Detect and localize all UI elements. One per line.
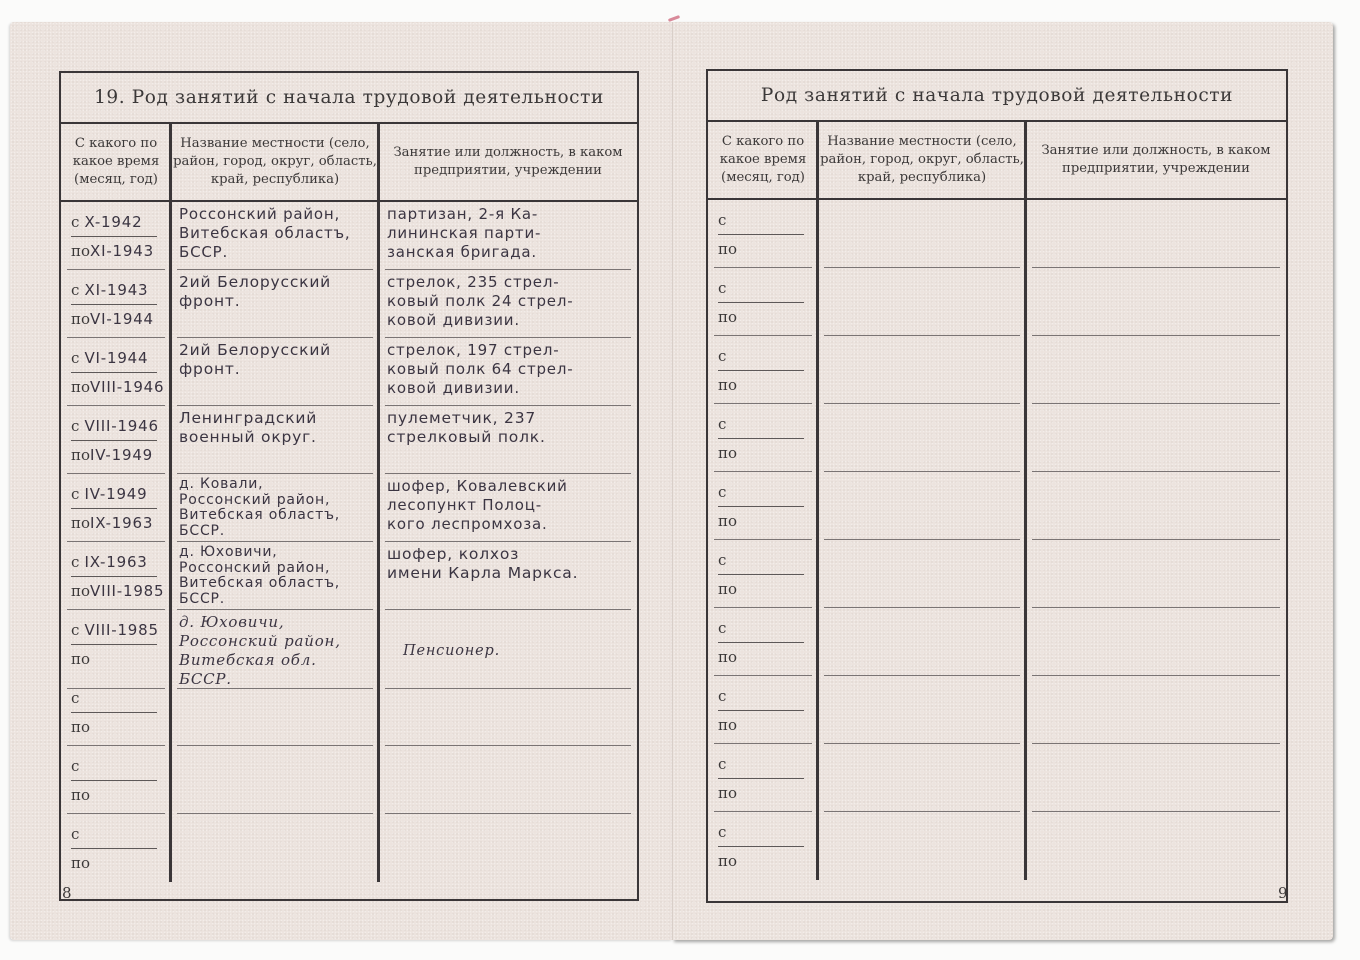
from-value: XI-1943 [85, 281, 149, 299]
from-value: VIII-1946 [85, 417, 159, 435]
period-cell: с по [61, 814, 171, 882]
period-from: с [71, 752, 157, 781]
period-from: с [718, 342, 804, 371]
to-value: VI-1944 [90, 310, 154, 328]
table-row: с IX-1963поVIII-1985д. Юховичи, Россонск… [61, 542, 637, 610]
period-cell: с по [708, 268, 818, 336]
to-value: VIII-1946 [90, 378, 164, 396]
period-to: поVIII-1985 [71, 577, 163, 605]
occupation-cell [1026, 268, 1286, 336]
from-label: с [718, 347, 726, 365]
from-label: с [718, 823, 726, 841]
table-row: с VIII-1985под. Юховичи, Россонский райо… [61, 610, 637, 678]
table-body: с X-1942поXI-1943Россонский район, Витеб… [61, 202, 637, 882]
header-occupation: Занятие или должность, в каком предприят… [379, 124, 637, 202]
period-from: с VIII-1985 [71, 616, 157, 645]
period-cell: с VI-1944поVIII-1946 [61, 338, 171, 406]
to-label: по [71, 786, 90, 804]
location-cell [818, 608, 1026, 676]
table-row: с по [708, 404, 1286, 472]
period-cell: с по [708, 676, 818, 744]
occupation-cell: шофер, колхоз имени Карла Маркса. [379, 542, 637, 610]
right-page: Род занятий с начала трудовой деятельнос… [672, 22, 1333, 940]
to-label: по [71, 854, 90, 872]
location-cell [818, 540, 1026, 608]
to-label: по [718, 444, 737, 462]
occupation-value: шофер, колхоз имени Карла Маркса. [387, 545, 631, 583]
from-label: с [71, 213, 79, 231]
period-cell: с по [708, 336, 818, 404]
table-row: с X-1942поXI-1943Россонский район, Витеб… [61, 202, 637, 270]
from-label: с [718, 415, 726, 433]
from-label: с [71, 349, 79, 367]
from-label: с [71, 281, 79, 299]
location-cell [818, 268, 1026, 336]
to-label: по [718, 512, 737, 530]
table-row: с VIII-1946поIV-1949Ленинградский военны… [61, 406, 637, 474]
table-title: Род занятий с начала трудовой деятельнос… [708, 71, 1286, 122]
occupation-cell: стрелок, 197 стрел- ковый полк 64 стрел-… [379, 338, 637, 406]
location-cell: д. Ковали, Россонский район, Витебская о… [171, 474, 379, 542]
location-cell: 2ий Белорусский фронт. [171, 270, 379, 338]
header-location: Название местности (село, район, город, … [818, 122, 1026, 200]
occupation-cell [1026, 472, 1286, 540]
header-period: С какого по какое время (месяц, год) [708, 122, 818, 200]
occupation-cell: стрелок, 235 стрел- ковый полк 24 стрел-… [379, 270, 637, 338]
location-cell [818, 200, 1026, 268]
from-label: с [718, 211, 726, 229]
period-from: с [718, 818, 804, 847]
to-label: по [71, 446, 90, 464]
location-cell [818, 472, 1026, 540]
occupation-cell [1026, 200, 1286, 268]
to-label: по [71, 242, 90, 260]
occupation-cell [1026, 676, 1286, 744]
header-period: С какого по какое время (месяц, год) [61, 124, 171, 202]
period-from: с IX-1963 [71, 548, 157, 577]
from-label: с [71, 621, 79, 639]
period-to: по [718, 439, 810, 467]
from-label: с [718, 687, 726, 705]
table-row: с по [61, 814, 637, 882]
period-cell: с VIII-1946поIV-1949 [61, 406, 171, 474]
period-to: по [718, 779, 810, 807]
location-cell [818, 812, 1026, 880]
from-label: с [718, 551, 726, 569]
occupation-cell: пулеметчик, 237 стрелковый полк. [379, 406, 637, 474]
period-to: по [718, 643, 810, 671]
column-divider [377, 124, 380, 202]
to-value: XI-1943 [90, 242, 154, 260]
period-from: с X-1942 [71, 208, 157, 237]
period-cell: с IV-1949поIX-1963 [61, 474, 171, 542]
occupation-value: партизан, 2-я Ка- лининская парти- занск… [387, 205, 631, 262]
location-value: Ленинградский военный округ. [179, 409, 373, 447]
period-to: поVI-1944 [71, 305, 163, 333]
table-title: 19. Род занятий с начала трудовой деятел… [61, 73, 637, 124]
table-row: с по [708, 540, 1286, 608]
to-label: по [71, 310, 90, 328]
period-cell: с по [708, 200, 818, 268]
header-occupation: Занятие или должность, в каком предприят… [1026, 122, 1286, 200]
from-value: IX-1963 [85, 553, 148, 571]
from-label: с [71, 689, 79, 707]
location-cell [171, 746, 379, 814]
period-cell: с по [61, 678, 171, 746]
location-cell [818, 336, 1026, 404]
period-to: поIV-1949 [71, 441, 163, 469]
occupation-cell [1026, 744, 1286, 812]
from-value: IV-1949 [85, 485, 148, 503]
occupation-value: шофер, Ковалевский лесопункт Полоц- кого… [387, 477, 631, 534]
period-cell: с по [708, 404, 818, 472]
location-cell: Россонский район, Витебская областъ, БСС… [171, 202, 379, 270]
period-cell: с XI-1943поVI-1944 [61, 270, 171, 338]
occupation-value: стрелок, 235 стрел- ковый полк 24 стрел-… [387, 273, 631, 330]
period-from: с IV-1949 [71, 480, 157, 509]
from-value: VI-1944 [85, 349, 149, 367]
column-divider [816, 122, 819, 200]
period-from: с [718, 478, 804, 507]
header-location: Название местности (село, район, город, … [171, 124, 379, 202]
period-to: по [718, 371, 810, 399]
to-value: VIII-1985 [90, 582, 164, 600]
occupation-cell [1026, 540, 1286, 608]
period-from: с [718, 750, 804, 779]
period-cell: с по [708, 812, 818, 880]
occupation-cell: шофер, Ковалевский лесопункт Полоц- кого… [379, 474, 637, 542]
from-label: с [71, 825, 79, 843]
period-from: с [718, 410, 804, 439]
to-label: по [718, 784, 737, 802]
table-row: с по [61, 678, 637, 746]
occupation-cell [1026, 608, 1286, 676]
to-label: по [718, 240, 737, 258]
table-row: с по [708, 472, 1286, 540]
location-cell [171, 814, 379, 882]
location-cell [818, 404, 1026, 472]
occupation-cell [1026, 404, 1286, 472]
occupation-cell [379, 814, 637, 882]
from-value: VIII-1985 [85, 621, 159, 639]
period-from: с VIII-1946 [71, 412, 157, 441]
period-to: по [71, 645, 163, 673]
employment-history-table: 19. Род занятий с начала трудовой деятел… [59, 71, 639, 901]
period-to: по [71, 849, 163, 877]
from-label: с [71, 553, 79, 571]
occupation-cell: партизан, 2-я Ка- лининская парти- занск… [379, 202, 637, 270]
period-to: поIX-1963 [71, 509, 163, 537]
table-row: с по [61, 746, 637, 814]
to-label: по [718, 580, 737, 598]
occupation-cell [379, 678, 637, 746]
period-from: с [718, 206, 804, 235]
period-from: с VI-1944 [71, 344, 157, 373]
to-label: по [71, 514, 90, 532]
location-cell [171, 678, 379, 746]
period-to: по [71, 781, 163, 809]
to-label: по [718, 852, 737, 870]
location-cell [818, 744, 1026, 812]
from-label: с [71, 485, 79, 503]
occupation-cell [379, 746, 637, 814]
table-row: с по [708, 268, 1286, 336]
from-value: X-1942 [85, 213, 143, 231]
table-row: с по [708, 336, 1286, 404]
period-cell: с по [708, 472, 818, 540]
location-cell [818, 676, 1026, 744]
from-label: с [718, 279, 726, 297]
period-to: поVIII-1946 [71, 373, 163, 401]
period-from: с [718, 682, 804, 711]
occupation-cell [1026, 336, 1286, 404]
to-label: по [71, 650, 90, 668]
to-label: по [718, 648, 737, 666]
period-cell: с по [708, 540, 818, 608]
column-divider [1024, 122, 1027, 200]
location-value: 2ий Белорусский фронт. [179, 341, 373, 379]
from-label: с [718, 619, 726, 637]
period-to: поXI-1943 [71, 237, 163, 265]
to-label: по [718, 716, 737, 734]
employment-history-table: Род занятий с начала трудовой деятельнос… [706, 69, 1288, 903]
from-label: с [71, 417, 79, 435]
from-label: с [71, 757, 79, 775]
to-label: по [718, 376, 737, 394]
location-value: д. Юховичи, Россонский район, Витебская … [179, 545, 373, 607]
period-cell: с X-1942поXI-1943 [61, 202, 171, 270]
period-cell: с по [708, 744, 818, 812]
period-cell: с по [708, 608, 818, 676]
to-label: по [718, 308, 737, 326]
period-from: с [718, 274, 804, 303]
location-cell: Ленинградский военный округ. [171, 406, 379, 474]
table-row: с по [708, 200, 1286, 268]
table-row: с по [708, 676, 1286, 744]
location-value: 2ий Белорусский фронт. [179, 273, 373, 311]
table-row: с XI-1943поVI-19442ий Белорусский фронт.… [61, 270, 637, 338]
to-label: по [71, 718, 90, 736]
table-header: С какого по какое время (месяц, год) Наз… [61, 124, 637, 202]
table-body: с пос пос пос пос пос пос пос пос пос по [708, 200, 1286, 880]
from-label: с [718, 755, 726, 773]
period-to: по [718, 235, 810, 263]
period-to: по [71, 713, 163, 741]
to-label: по [71, 582, 90, 600]
to-value: IV-1949 [90, 446, 153, 464]
location-cell: 2ий Белорусский фронт. [171, 338, 379, 406]
table-row: с по [708, 608, 1286, 676]
table-row: с по [708, 812, 1286, 880]
occupation-cell [1026, 812, 1286, 880]
location-cell: д. Юховичи, Россонский район, Витебская … [171, 542, 379, 610]
table-row: с по [708, 744, 1286, 812]
left-page: 19. Род занятий с начала трудовой деятел… [10, 22, 672, 940]
location-value: Россонский район, Витебская областъ, БСС… [179, 205, 373, 262]
period-from: с [718, 614, 804, 643]
period-to: по [718, 575, 810, 603]
period-cell: с по [61, 746, 171, 814]
period-from: с XI-1943 [71, 276, 157, 305]
period-from: с [71, 684, 157, 713]
to-label: по [71, 378, 90, 396]
occupation-value: Пенсионер. [403, 641, 500, 661]
period-from: с [71, 820, 157, 849]
to-value: IX-1963 [90, 514, 153, 532]
occupation-value: пулеметчик, 237 стрелковый полк. [387, 409, 631, 447]
page-number: 8 [62, 884, 72, 902]
period-to: по [718, 303, 810, 331]
page-number: 9 [1278, 884, 1288, 902]
period-to: по [718, 507, 810, 535]
period-from: с [718, 546, 804, 575]
period-to: по [718, 711, 810, 739]
table-row: с IV-1949поIX-1963д. Ковали, Россонский … [61, 474, 637, 542]
period-cell: с IX-1963поVIII-1985 [61, 542, 171, 610]
occupation-value: стрелок, 197 стрел- ковый полк 64 стрел-… [387, 341, 631, 398]
location-value: д. Ковали, Россонский район, Витебская о… [179, 477, 373, 539]
column-divider [169, 124, 172, 202]
table-row: с VI-1944поVIII-19462ий Белорусский фрон… [61, 338, 637, 406]
table-header: С какого по какое время (месяц, год) Наз… [708, 122, 1286, 200]
period-to: по [718, 847, 810, 875]
from-label: с [718, 483, 726, 501]
